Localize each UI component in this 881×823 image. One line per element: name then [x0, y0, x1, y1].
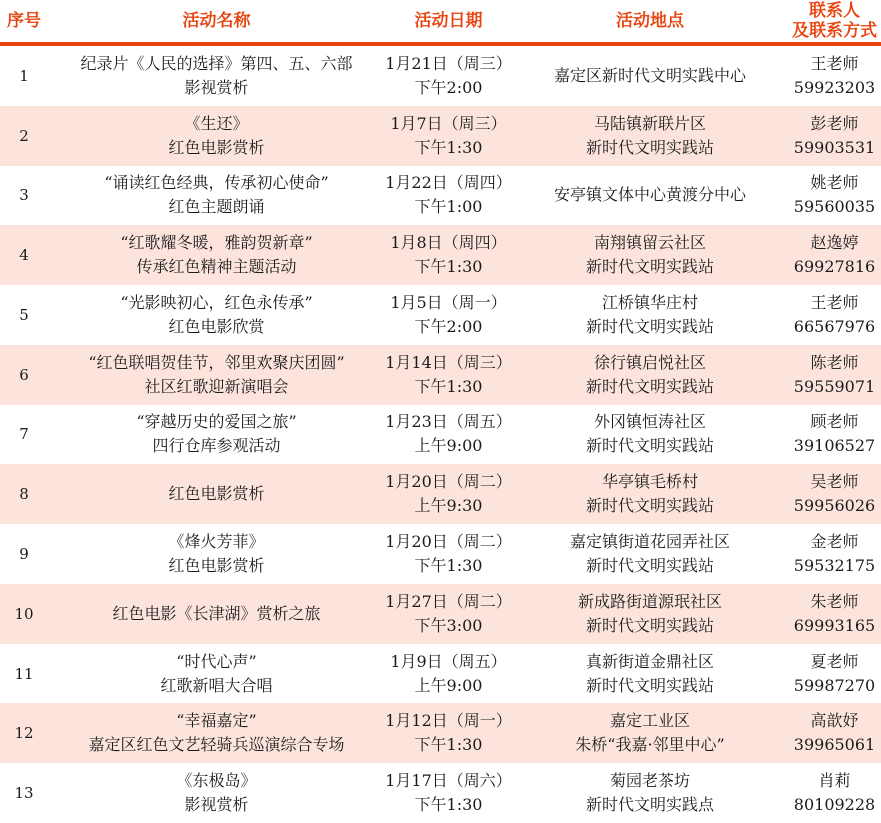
- cell-activity-name: 纪录片《人民的选择》第四、五、六部 影视赏析: [48, 46, 385, 106]
- table-row: 1纪录片《人民的选择》第四、五、六部 影视赏析1月21日（周三） 下午2:00嘉…: [0, 46, 881, 106]
- cell-activity-date: 1月27日（周二） 下午3:00: [385, 584, 512, 644]
- table-row: 3“诵读红色经典，传承初心使命” 红色主题朗诵1月22日（周四） 下午1:00安…: [0, 166, 881, 226]
- cell-contact: 夏老师 59987270: [788, 644, 881, 704]
- cell-activity-date: 1月20日（周二） 上午9:30: [385, 464, 512, 524]
- cell-number: 1: [0, 46, 48, 106]
- table-row: 5“光影映初心，红色永传承” 红色电影欣赏1月5日（周一） 下午2:00江桥镇华…: [0, 285, 881, 345]
- cell-activity-location: 南翔镇留云社区 新时代文明实践站: [512, 225, 788, 285]
- table-row: 11“时代心声” 红歌新唱大合唱1月9日（周五） 上午9:00真新街道金鼎社区 …: [0, 644, 881, 704]
- table-row: 13《东极岛》 影视赏析1月17日（周六） 下午1:30菊园老茶坊 新时代文明实…: [0, 763, 881, 823]
- header-number: 序号: [0, 11, 48, 31]
- table-row: 7“穿越历史的爱国之旅” 四行仓库参观活动1月23日（周五） 上午9:00外冈镇…: [0, 405, 881, 465]
- cell-activity-date: 1月17日（周六） 下午1:30: [385, 763, 512, 823]
- cell-contact: 姚老师 59560035: [788, 166, 881, 226]
- table-header-row: 序号 活动名称 活动日期 活动地点 联系人 及联系方式: [0, 0, 881, 42]
- table-row: 12“幸福嘉定” 嘉定区红色文艺轻骑兵巡演综合专场1月12日（周一） 下午1:3…: [0, 703, 881, 763]
- cell-activity-location: 马陆镇新联片区 新时代文明实践站: [512, 106, 788, 166]
- cell-activity-location: 菊园老茶坊 新时代文明实践点: [512, 763, 788, 823]
- cell-contact: 彭老师 59903531: [788, 106, 881, 166]
- cell-number: 6: [0, 345, 48, 405]
- cell-activity-date: 1月22日（周四） 下午1:00: [385, 166, 512, 226]
- cell-activity-name: “时代心声” 红歌新唱大合唱: [48, 644, 385, 704]
- cell-number: 7: [0, 405, 48, 465]
- table-row: 9《烽火芳菲》 红色电影赏析1月20日（周二） 下午1:30嘉定镇街道花园弄社区…: [0, 524, 881, 584]
- cell-activity-location: 江桥镇华庄村 新时代文明实践站: [512, 285, 788, 345]
- cell-activity-location: 新成路街道源珉社区 新时代文明实践站: [512, 584, 788, 644]
- cell-activity-location: 嘉定工业区 朱桥“我嘉·邻里中心”: [512, 703, 788, 763]
- cell-contact: 朱老师 69993165: [788, 584, 881, 644]
- cell-number: 2: [0, 106, 48, 166]
- header-date: 活动日期: [385, 11, 512, 31]
- cell-activity-date: 1月9日（周五） 上午9:00: [385, 644, 512, 704]
- cell-activity-name: 《东极岛》 影视赏析: [48, 763, 385, 823]
- cell-contact: 吴老师 59956026: [788, 464, 881, 524]
- activities-table: 序号 活动名称 活动日期 活动地点 联系人 及联系方式 1纪录片《人民的选择》第…: [0, 0, 881, 823]
- table-row: 10红色电影《长津湖》赏析之旅1月27日（周二） 下午3:00新成路街道源珉社区…: [0, 584, 881, 644]
- table-row: 6“红色联唱贺佳节，邻里欢聚庆团圆” 社区红歌迎新演唱会1月14日（周三） 下午…: [0, 345, 881, 405]
- cell-contact: 顾老师 39106527: [788, 405, 881, 465]
- cell-contact: 赵逸婷 69927816: [788, 225, 881, 285]
- cell-activity-date: 1月23日（周五） 上午9:00: [385, 405, 512, 465]
- cell-activity-name: “红色联唱贺佳节，邻里欢聚庆团圆” 社区红歌迎新演唱会: [48, 345, 385, 405]
- cell-activity-name: 红色电影赏析: [48, 464, 385, 524]
- cell-contact: 王老师 66567976: [788, 285, 881, 345]
- cell-activity-date: 1月14日（周三） 下午1:30: [385, 345, 512, 405]
- cell-contact: 金老师 59532175: [788, 524, 881, 584]
- cell-activity-date: 1月21日（周三） 下午2:00: [385, 46, 512, 106]
- cell-activity-date: 1月8日（周四） 下午1:30: [385, 225, 512, 285]
- cell-number: 11: [0, 644, 48, 704]
- cell-activity-location: 嘉定镇街道花园弄社区 新时代文明实践站: [512, 524, 788, 584]
- cell-contact: 肖莉 80109228: [788, 763, 881, 823]
- cell-activity-location: 外冈镇恒涛社区 新时代文明实践站: [512, 405, 788, 465]
- cell-activity-location: 安亭镇文体中心黄渡分中心: [512, 166, 788, 226]
- cell-activity-name: “红歌耀冬暖，雅韵贺新章” 传承红色精神主题活动: [48, 225, 385, 285]
- cell-number: 9: [0, 524, 48, 584]
- header-location: 活动地点: [512, 11, 788, 31]
- cell-contact: 陈老师 59559071: [788, 345, 881, 405]
- table-row: 8红色电影赏析1月20日（周二） 上午9:30华亭镇毛桥村 新时代文明实践站吴老…: [0, 464, 881, 524]
- cell-number: 8: [0, 464, 48, 524]
- cell-number: 3: [0, 166, 48, 226]
- cell-activity-name: 《生还》 红色电影赏析: [48, 106, 385, 166]
- table-row: 2《生还》 红色电影赏析1月7日（周三） 下午1:30马陆镇新联片区 新时代文明…: [0, 106, 881, 166]
- header-contact: 联系人 及联系方式: [788, 1, 881, 41]
- cell-activity-date: 1月12日（周一） 下午1:30: [385, 703, 512, 763]
- cell-number: 5: [0, 285, 48, 345]
- cell-activity-location: 嘉定区新时代文明实践中心: [512, 46, 788, 106]
- activities-schedule-page: 序号 活动名称 活动日期 活动地点 联系人 及联系方式 1纪录片《人民的选择》第…: [0, 0, 881, 823]
- cell-number: 4: [0, 225, 48, 285]
- table-row: 4“红歌耀冬暖，雅韵贺新章” 传承红色精神主题活动1月8日（周四） 下午1:30…: [0, 225, 881, 285]
- cell-activity-location: 华亭镇毛桥村 新时代文明实践站: [512, 464, 788, 524]
- cell-number: 12: [0, 703, 48, 763]
- cell-number: 10: [0, 584, 48, 644]
- cell-activity-name: 《烽火芳菲》 红色电影赏析: [48, 524, 385, 584]
- header-name: 活动名称: [48, 11, 385, 31]
- cell-activity-location: 徐行镇启悦社区 新时代文明实践站: [512, 345, 788, 405]
- cell-activity-name: 红色电影《长津湖》赏析之旅: [48, 584, 385, 644]
- cell-contact: 王老师 59923203: [788, 46, 881, 106]
- cell-activity-date: 1月20日（周二） 下午1:30: [385, 524, 512, 584]
- cell-activity-location: 真新街道金鼎社区 新时代文明实践站: [512, 644, 788, 704]
- cell-activity-name: “诵读红色经典，传承初心使命” 红色主题朗诵: [48, 166, 385, 226]
- cell-activity-date: 1月5日（周一） 下午2:00: [385, 285, 512, 345]
- cell-activity-date: 1月7日（周三） 下午1:30: [385, 106, 512, 166]
- cell-number: 13: [0, 763, 48, 823]
- table-body: 1纪录片《人民的选择》第四、五、六部 影视赏析1月21日（周三） 下午2:00嘉…: [0, 46, 881, 823]
- cell-activity-name: “幸福嘉定” 嘉定区红色文艺轻骑兵巡演综合专场: [48, 703, 385, 763]
- cell-activity-name: “穿越历史的爱国之旅” 四行仓库参观活动: [48, 405, 385, 465]
- cell-activity-name: “光影映初心，红色永传承” 红色电影欣赏: [48, 285, 385, 345]
- cell-contact: 高歆妤 39965061: [788, 703, 881, 763]
